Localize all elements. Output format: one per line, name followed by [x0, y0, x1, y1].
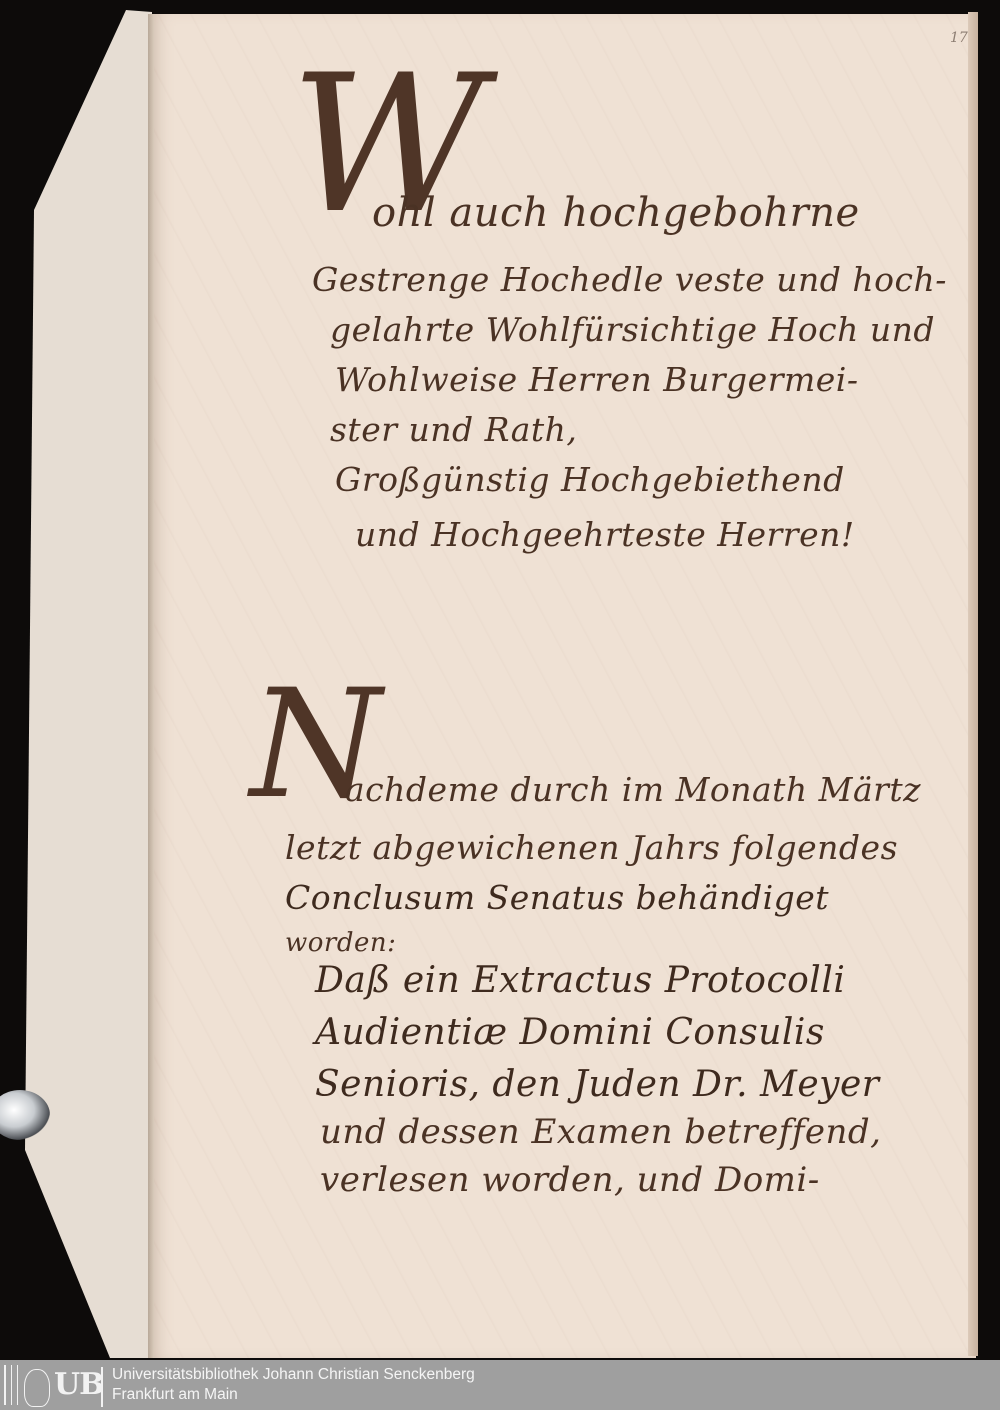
body-line: Audientiæ Domini Consulis [315, 1012, 825, 1053]
footer-bar: UB Universitätsbibliothek Johann Christi… [0, 1360, 1000, 1410]
folio-number: 17 [950, 30, 968, 46]
columns-icon [4, 1365, 26, 1405]
logo-divider [101, 1367, 103, 1407]
salutation-line: Großgünstig Hochgebiethend [335, 460, 845, 499]
institution-line-1: Universitätsbibliothek Johann Christian … [112, 1365, 475, 1385]
ub-logo: UB [2, 1361, 106, 1409]
flyleaf [0, 0, 160, 1360]
salutation-line: Gestrenge Hochedle veste und hoch- [312, 260, 947, 299]
institution-line-2: Frankfurt am Main [112, 1385, 475, 1405]
body-line: Conclusum Senatus behändiget [285, 878, 829, 917]
salutation-line: ster und Rath, [330, 410, 577, 449]
institution-name: Universitätsbibliothek Johann Christian … [112, 1365, 475, 1405]
gutter [148, 14, 154, 1358]
salutation-line: gelahrte Wohlfürsichtige Hoch und [330, 310, 935, 349]
logo-text: UB [54, 1367, 104, 1402]
body-line: worden: [285, 928, 396, 958]
body-line: und dessen Examen betreffend, [320, 1112, 882, 1152]
manuscript-scan: 17 W ohl auch hochgebohrne Gestrenge Hoc… [0, 0, 1000, 1360]
salutation-line: und Hochgeehrteste Herren! [355, 515, 855, 554]
body-line: Daß ein Extractus Protocolli [315, 960, 845, 1001]
body-line: achdeme durch im Monath Märtz [345, 770, 921, 809]
body-line: Senioris, den Juden Dr. Meyer [315, 1064, 880, 1105]
page-edge [968, 12, 978, 1356]
portrait-icon [24, 1369, 50, 1407]
salutation-line: ohl auch hochgebohrne [372, 190, 860, 236]
salutation-line: Wohlweise Herren Burgermei- [335, 360, 859, 399]
body-line: verlesen worden, und Domi- [320, 1160, 820, 1200]
body-line: letzt abgewichenen Jahrs folgendes [285, 828, 898, 867]
